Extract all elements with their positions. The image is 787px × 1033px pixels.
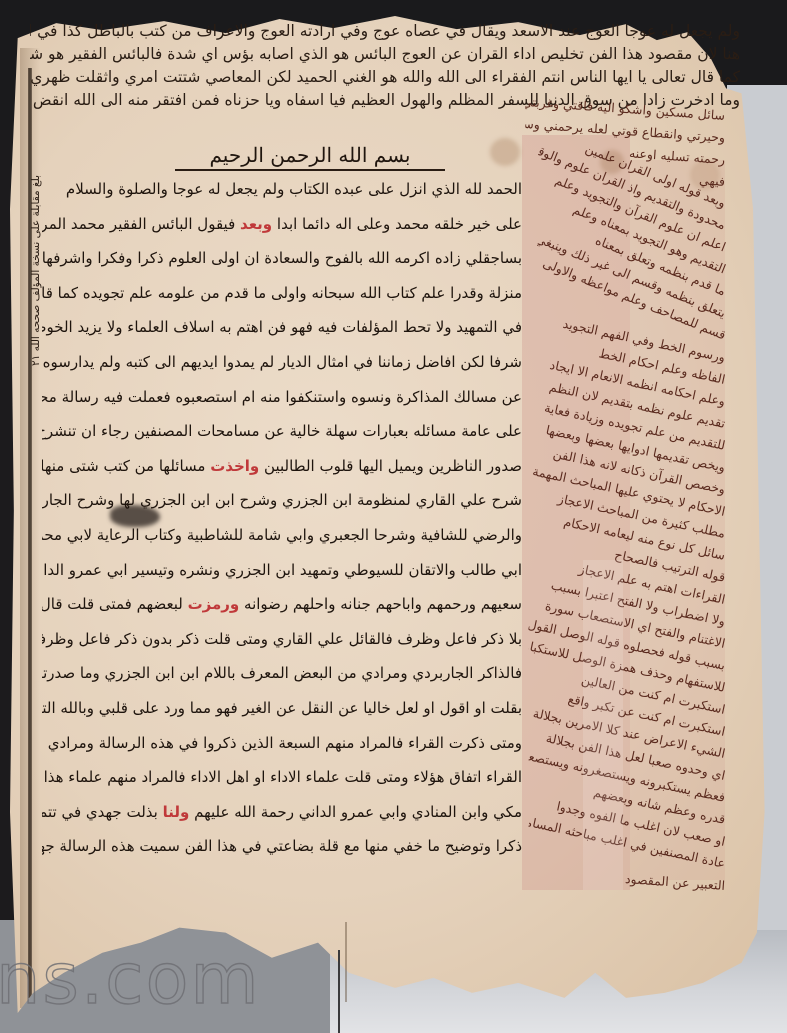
line-text: على عامة مسائله بعبارات سهلة خالية عن مس… [42,422,522,440]
basmala-heading: بسم الله الرحمن الرحيم [175,143,445,171]
line-text: ذكرا وتوضيح ما خفي منها مع قلة بضاعتي في… [42,837,522,855]
text-line: مكي وابن المنادي وابي عمرو الداني رحمة ا… [42,795,522,830]
line-text: ابي طالب والاتقان للسيوطي وتمهيد ابن الج… [42,561,522,579]
rubric-word: وبعد [240,215,272,233]
text-line: منزلة وقدرا علم كتاب الله سبحانه واولى م… [42,276,522,311]
line-text: فالذاكر الجاربردي ومرادي من البعض المعرف… [42,664,522,682]
line-text: بلا ذكر فاعل وظرف فالقائل علي القاري ومت… [42,630,522,648]
line-text: على خير خلقه محمد وعلى اله دائما ابدا [277,215,522,233]
rubric-word: واخذت [210,457,259,475]
line-text: القراء اتفاق هؤلاء ومتى قلت علماء الاداء… [42,768,522,786]
text-line: على عامة مسائله بعبارات سهلة خالية عن مس… [42,414,522,449]
text-line: فالذاكر الجاربردي ومرادي من البعض المعرف… [42,656,522,691]
watermark-vertical-band [583,560,623,890]
text-line: صدور الناظرين ويميل اليها قلوب الطالبين … [42,449,522,484]
text-line: بلا ذكر فاعل وظرف فالقائل علي القاري ومت… [42,622,522,657]
left-margin-note: بلغ مقابلة على نسخة المؤلف صححه الله ٢١ [30,175,52,435]
text-line: والرضي للشافية وشرحا الجعبري وابي شامة ل… [42,518,522,553]
line-text: سعيهم ورحمهم واباحهم جنانه واحلهم رضوانه [244,595,522,613]
line-text: شرح علي القاري لمنظومة ابن الجزري وشرح ا… [42,491,522,509]
line-text: والرضي للشافية وشرحا الجعبري وابي شامة ل… [42,526,522,544]
line-text: الحمد لله الذي انزل على عبده الكتاب ولم … [66,180,522,198]
rubric-word: ورمزت [188,595,240,613]
text-line: عن مسالك المذاكرة ونسوه واستنكفوا منه ام… [42,380,522,415]
line-text: شرفا لكن افاضل زماننا في امثال الديار لم… [42,353,522,371]
line-text: عن مسالك المذاكرة ونسوه واستنكفوا منه ام… [42,388,522,406]
text-line: شرح علي القاري لمنظومة ابن الجزري وشرح ا… [42,483,522,518]
line-text: فيقول البائس الفقير محمد المرعشي الملقب [42,215,235,233]
text-line: شرفا لكن افاضل زماننا في امثال الديار لم… [42,345,522,380]
text-line: الحمد لله الذي انزل على عبده الكتاب ولم … [42,172,522,207]
stain-spot [490,138,520,166]
header-line: هنا لان مقصود هذا الفن تخليص اداء القران… [30,43,740,66]
text-line: على خير خلقه محمد وعلى اله دائما ابدا وب… [42,207,522,242]
text-line: ابي طالب والاتقان للسيوطي وتمهيد ابن الج… [42,553,522,588]
text-line: سعيهم ورحمهم واباحهم جنانه واحلهم رضوانه… [42,587,522,622]
right-margin-commentary: سائل مسكين واشكو اليه فاقتي وغربتي وحيرت… [525,105,725,905]
text-line: بساجقلي زاده اكرمه الله بالفوح والسعادة … [42,241,522,276]
header-line: ولم يجعل له عوجا العوج عند الاسعد ويقال … [30,20,740,43]
line-text: في التمهيد ولا تحط المؤلفات فيه فهو فن ا… [42,318,522,336]
line-text: صدور الناظرين ويميل اليها قلوب الطالبين [264,457,522,475]
paper-tear [345,922,347,1002]
rubric-word: ولنا [163,803,190,821]
line-text: لبعضهم فمتى قلت قال [42,595,183,613]
main-text-block: الحمد لله الذي انزل على عبده الكتاب ولم … [42,172,522,864]
line-text: منزلة وقدرا علم كتاب الله سبحانه واولى م… [42,284,522,302]
text-line: ومتى ذكرت القراء فالمراد منهم السبعة الذ… [42,726,522,761]
watermark-text: ns.com [0,938,261,1020]
line-text: مكي وابن المنادي وابي عمرو الداني رحمة ا… [194,803,522,821]
header-line: كما قال تعالى يا ايها الناس انتم الفقراء… [30,66,740,89]
text-line: بقلت او اقول او لعل خاليا عن النقل عن ال… [42,691,522,726]
text-line: في التمهيد ولا تحط المؤلفات فيه فهو فن ا… [42,310,522,345]
scan-bed-crease [338,950,340,1033]
text-line: ذكرا وتوضيح ما خفي منها مع قلة بضاعتي في… [42,829,522,864]
line-text: ومتى ذكرت القراء فالمراد منهم السبعة الذ… [42,734,522,752]
text-line: القراء اتفاق هؤلاء ومتى قلت علماء الاداء… [42,760,522,795]
line-text: مسائلها من كتب شتى منها [42,457,205,475]
line-text: بقلت او اقول او لعل خاليا عن النقل عن ال… [42,699,522,717]
line-text: بذلت جهدي في تتميم المسائل [42,803,158,821]
manuscript-photo: ولم يجعل له عوجا العوج عند الاسعد ويقال … [0,0,787,1033]
line-text: بساجقلي زاده اكرمه الله بالفوح والسعادة … [42,249,522,267]
